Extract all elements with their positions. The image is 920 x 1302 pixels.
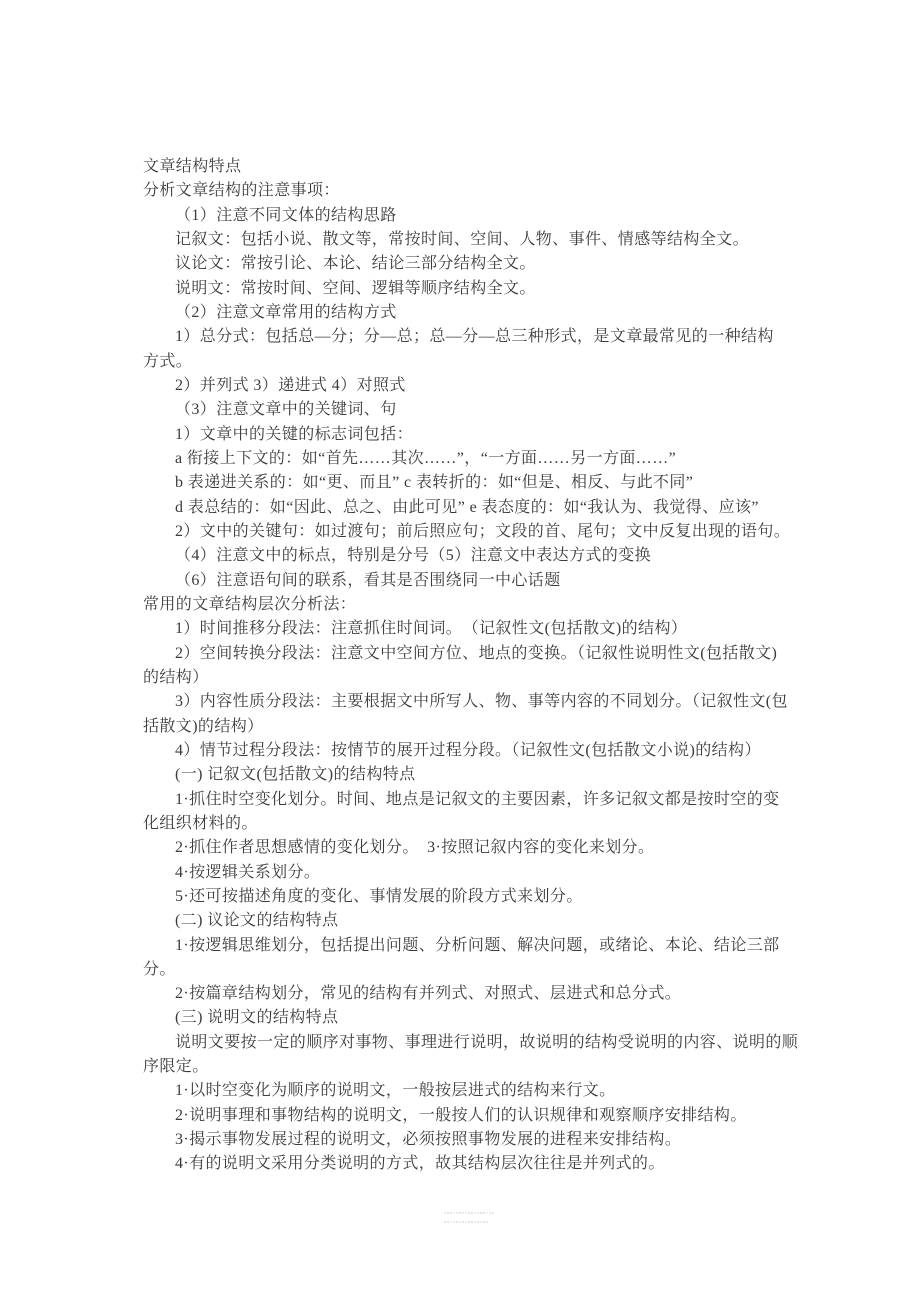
text-line: 1·按逻辑思维划分，包括提出问题、分析问题、解决问题，或绪论、本论、结论三部 (143, 934, 823, 958)
watermark-dot (447, 1212, 449, 1214)
text-line: 序限定。 (143, 1055, 823, 1079)
watermark-dot (483, 1212, 485, 1214)
watermark-dot (462, 1221, 464, 1223)
watermark (444, 1212, 494, 1223)
text-line: (三) 说明文的结构特点 (143, 1006, 823, 1030)
watermark-dot (489, 1212, 491, 1214)
text-line: 常用的文章结构层次分析法： (143, 593, 823, 617)
watermark-dot (444, 1221, 446, 1223)
watermark-dot (474, 1221, 476, 1223)
text-line: 2·说明事理和事物结构的说明文，一般按人们的认识规律和观察顺序安排结构。 (143, 1104, 823, 1128)
text-line: 2）文中的关键句：如过渡句；前后照应句；文段的首、尾句；文中反复出现的语句。 (143, 520, 823, 544)
text-line: 3·揭示事物发展过程的说明文，必须按照事物发展的进程来安排结构。 (143, 1128, 823, 1152)
watermark-dot (477, 1212, 479, 1214)
text-line: 分。 (143, 958, 823, 982)
watermark-dot (453, 1212, 455, 1214)
text-line: 1）文章中的关键的标志词包括： (143, 423, 823, 447)
watermark-dot (465, 1212, 467, 1214)
text-line: （1）注意不同文体的结构思路 (143, 204, 823, 228)
watermark-dot (453, 1221, 455, 1223)
text-line: 5·还可按描述角度的变化、事情发展的阶段方式来划分。 (143, 885, 823, 909)
text-line: d 表总结的：如“因此、总之、由此可见” e 表态度的：如“我认为、我觉得、应该… (143, 496, 823, 520)
watermark-dot (483, 1221, 485, 1223)
text-line: 括散文)的结构） (143, 715, 823, 739)
text-line: (一) 记叙文(包括散文)的结构特点 (143, 763, 823, 787)
watermark-dot (468, 1212, 470, 1214)
text-line: 2）并列式 3）递进式 4）对照式 (143, 374, 823, 398)
text-line: 1）时间推移分段法：注意抓住时间词。 （记叙性文(包括散文)的结构） (143, 617, 823, 641)
watermark-dot (447, 1221, 449, 1223)
text-line: 1·以时空变化为顺序的说明文，一般按层进式的结构来行文。 (143, 1079, 823, 1103)
watermark-dot (471, 1221, 473, 1223)
text-line: 2·抓住作者思想感情的变化划分。 3·按照记叙内容的变化来划分。 (143, 836, 823, 860)
watermark-dot (459, 1221, 461, 1223)
text-line: 文章结构特点 (143, 155, 823, 179)
watermark-dot (444, 1212, 446, 1214)
text-line: 分析文章结构的注意事项： (143, 179, 823, 203)
text-line: （6）注意语句间的联系，看其是否围绕同一中心话题 (143, 569, 823, 593)
document-body: 文章结构特点分析文章结构的注意事项：（1）注意不同文体的结构思路记叙文：包括小说… (143, 155, 823, 1177)
text-line: 说明文要按一定的顺序对事物、事理进行说明，故说明的结构受说明的内容、说明的顺 (143, 1031, 823, 1055)
watermark-dot (468, 1221, 470, 1223)
text-line: 化组织材料的。 (143, 812, 823, 836)
watermark-dot (480, 1221, 482, 1223)
watermark-dot (492, 1212, 494, 1214)
watermark-dot (480, 1212, 482, 1214)
watermark-dot (474, 1212, 476, 1214)
text-line: 2）空间转换分段法：注意文中空间方位、地点的变换。（记叙性说明性文(包括散文) (143, 642, 823, 666)
watermark-dot (465, 1221, 467, 1223)
text-line: 方式。 (143, 350, 823, 374)
text-line: 1·抓住时空变化划分。时间、地点是记叙文的主要因素，许多记叙文都是按时空的变 (143, 788, 823, 812)
watermark-dot (450, 1212, 452, 1214)
text-line: 记叙文：包括小说、散文等，常按时间、空间、人物、事件、情感等结构全文。 (143, 228, 823, 252)
watermark-dot (456, 1221, 458, 1223)
watermark-dot (450, 1221, 452, 1223)
text-line: 1）总分式：包括总—分；分—总；总—分—总三种形式，是文章最常见的一种结构 (143, 325, 823, 349)
watermark-dot (486, 1221, 488, 1223)
watermark-dot (462, 1212, 464, 1214)
text-line: 说明文：常按时间、空间、逻辑等顺序结构全文。 (143, 277, 823, 301)
text-line: 4·有的说明文采用分类说明的方式，故其结构层次往往是并列式的。 (143, 1152, 823, 1176)
text-line: （2）注意文章常用的结构方式 (143, 301, 823, 325)
document-page: { "page": { "background": "#ffffff", "te… (0, 0, 920, 1302)
text-line: 3）内容性质分段法：主要根据文中所写人、物、事等内容的不同划分。（记叙性文(包 (143, 690, 823, 714)
text-line: 4·按逻辑关系划分。 (143, 861, 823, 885)
text-line: 的结构） (143, 666, 823, 690)
text-line: （4）注意文中的标点，特别是分号（5）注意文中表达方式的变换 (143, 544, 823, 568)
text-line: (二) 议论文的结构特点 (143, 909, 823, 933)
watermark-dot (471, 1212, 473, 1214)
text-line: a 衔接上下文的：如“首先……其次……”，“一方面……另一方面……” (143, 447, 823, 471)
text-line: 2·按篇章结构划分，常见的结构有并列式、对照式、层进式和总分式。 (143, 982, 823, 1006)
text-line: 议论文：常按引论、本论、结论三部分结构全文。 (143, 252, 823, 276)
text-line: b 表递进关系的：如“更、而且” c 表转折的：如“但是、相反、与此不同” (143, 471, 823, 495)
watermark-dot (456, 1212, 458, 1214)
text-line: （3）注意文章中的关键词、句 (143, 398, 823, 422)
text-line: 4）情节过程分段法：按情节的展开过程分段。（记叙性文(包括散文小说)的结构） (143, 739, 823, 763)
watermark-dot (477, 1221, 479, 1223)
watermark-dot (486, 1212, 488, 1214)
watermark-dot (459, 1212, 461, 1214)
